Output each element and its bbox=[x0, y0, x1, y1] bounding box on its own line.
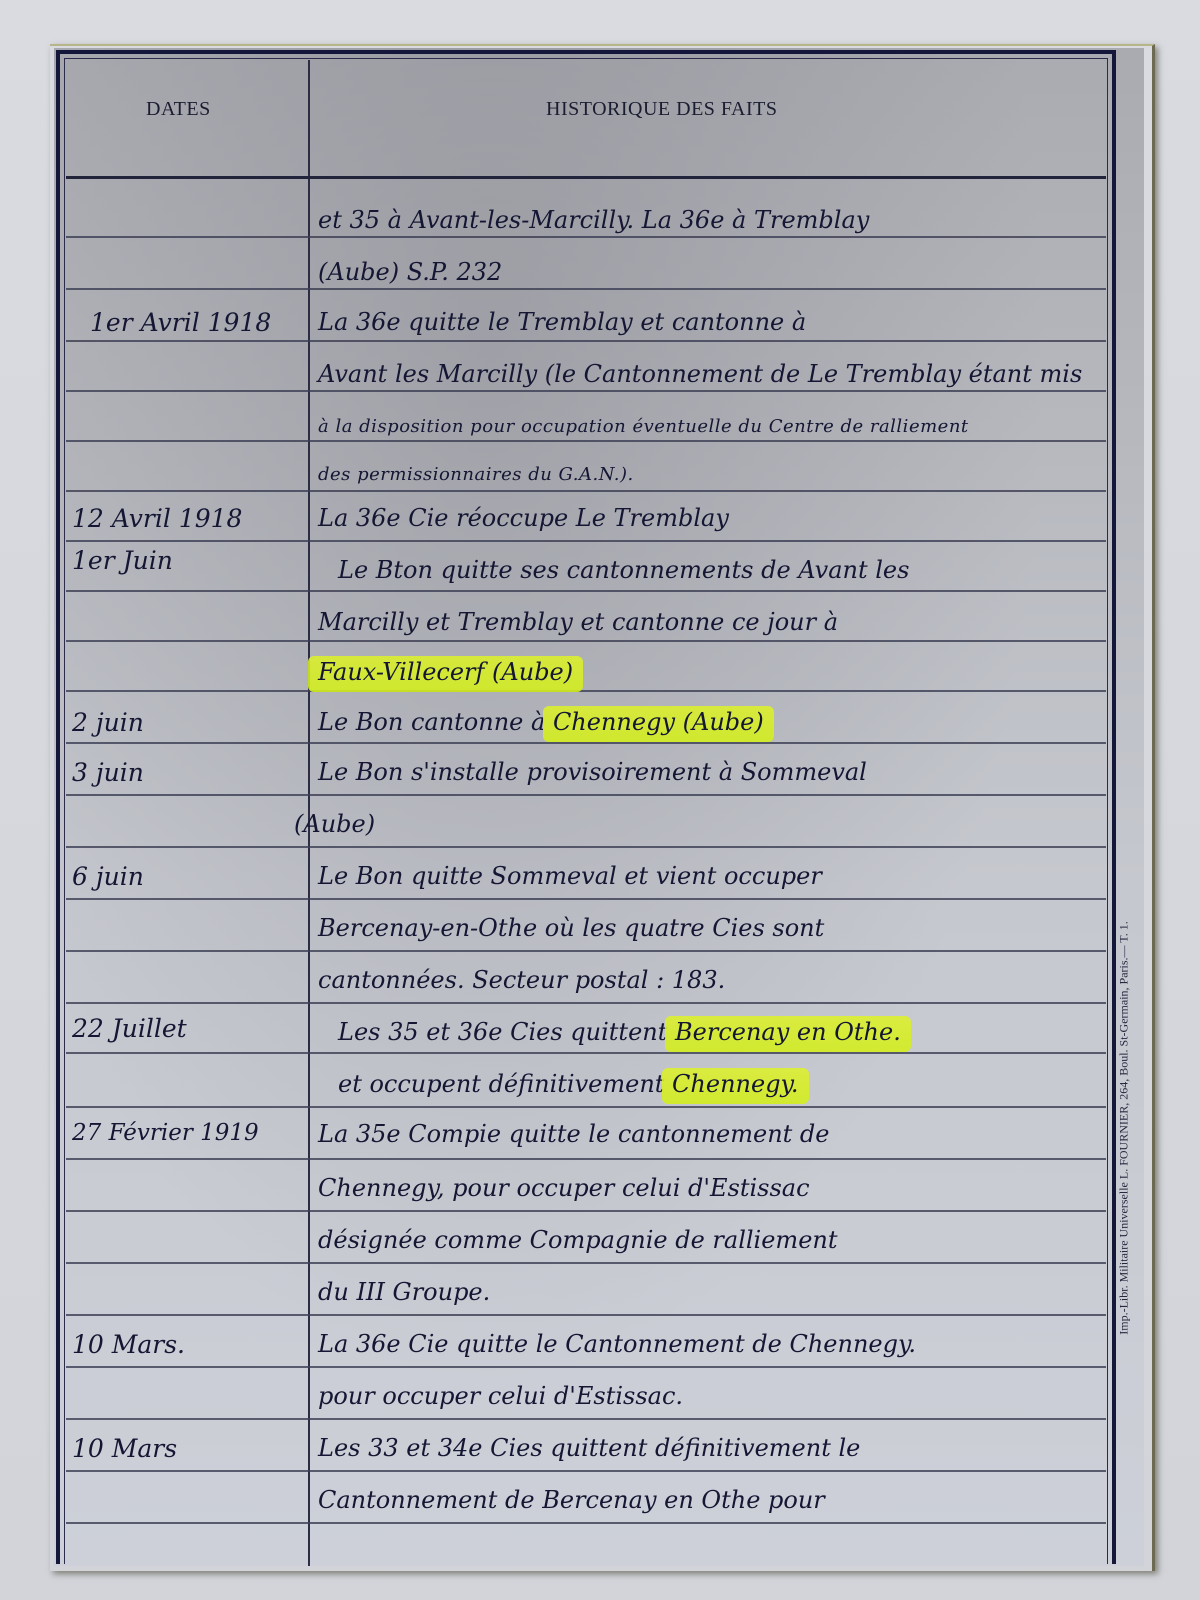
ruled-line bbox=[66, 1418, 1106, 1420]
fact-line: (Aube) bbox=[294, 812, 375, 836]
fact-line: pour occuper celui d'Estissac. bbox=[318, 1384, 683, 1408]
fact-text: Le Bon cantonne à Chennegy (Aube) bbox=[318, 708, 764, 736]
entry-date: 3 juin bbox=[72, 760, 144, 785]
ruled-line bbox=[66, 640, 1106, 642]
fact-line: La 36e Cie quitte le Cantonnement de Che… bbox=[318, 1332, 916, 1356]
ruled-line bbox=[66, 794, 1106, 796]
fact-line: Bercenay-en-Othe où les quatre Cies sont bbox=[318, 916, 824, 940]
fact-line: et occupent définitivement Chennegy. bbox=[338, 1072, 799, 1096]
fact-line: La 36e quitte le Tremblay et cantonne à bbox=[318, 310, 806, 334]
fact-line: cantonnées. Secteur postal : 183. bbox=[318, 968, 725, 992]
column-header-facts: HISTORIQUE DES FAITS bbox=[546, 98, 778, 121]
ruled-line bbox=[66, 540, 1106, 542]
column-header-dates: DATES bbox=[146, 98, 211, 121]
ruled-line bbox=[66, 742, 1106, 744]
entry-date: 10 Mars bbox=[72, 1436, 177, 1461]
ruled-line bbox=[66, 440, 1106, 442]
fact-line: La 35e Compie quitte le cantonnement de bbox=[318, 1122, 830, 1146]
ruled-line bbox=[66, 1366, 1106, 1368]
ruled-line bbox=[66, 1158, 1106, 1160]
entry-date: 22 Juillet bbox=[72, 1016, 187, 1041]
ruled-line bbox=[66, 236, 1106, 238]
fact-line: Les 33 et 34e Cies quittent définitiveme… bbox=[318, 1436, 860, 1460]
ruled-line bbox=[66, 390, 1106, 392]
highlight-marker: Chennegy. bbox=[662, 1068, 809, 1104]
ruled-line bbox=[66, 846, 1106, 848]
printer-imprint: Imp.-Libr. Militaire Universelle L. FOUR… bbox=[1112, 748, 1136, 1508]
ruled-line bbox=[66, 1002, 1106, 1004]
register-page: DATES HISTORIQUE DES FAITS et 35 à Avant… bbox=[54, 48, 1144, 1566]
entry-date: 27 Février 1919 bbox=[72, 1122, 259, 1145]
highlight-marker: Chennegy (Aube) bbox=[543, 706, 774, 742]
ruled-line bbox=[66, 1052, 1106, 1054]
fact-line: La 36e Cie réoccupe Le Tremblay bbox=[318, 506, 729, 530]
fact-line: Avant les Marcilly (le Cantonnement de L… bbox=[318, 362, 1082, 386]
ruled-line bbox=[66, 1262, 1106, 1264]
ruled-line bbox=[66, 288, 1106, 290]
entry-date: 2 juin bbox=[72, 710, 144, 735]
fact-line: Le Bon s'installe provisoirement à Somme… bbox=[318, 760, 867, 784]
fact-line: Marcilly et Tremblay et cantonne ce jour… bbox=[318, 610, 838, 634]
ruled-line bbox=[66, 1106, 1106, 1108]
ruled-line bbox=[66, 1470, 1106, 1472]
ruled-line bbox=[66, 490, 1106, 492]
fact-line: (Aube) S.P. 232 bbox=[318, 260, 502, 284]
printer-imprint-text: Imp.-Libr. Militaire Universelle L. FOUR… bbox=[1117, 921, 1132, 1335]
fact-line: à la disposition pour occupation éventue… bbox=[318, 418, 969, 436]
entry-date: 1er Avril 1918 bbox=[90, 310, 271, 335]
fact-line: des permissionnaires du G.A.N.). bbox=[318, 466, 634, 484]
highlight-marker: Bercenay en Othe. bbox=[665, 1016, 911, 1052]
fact-line: et 35 à Avant-les-Marcilly. La 36e à Tre… bbox=[318, 208, 869, 232]
ruled-line bbox=[66, 690, 1106, 692]
ruled-line bbox=[66, 1210, 1106, 1212]
ruled-line bbox=[66, 1314, 1106, 1316]
fact-line: Le Bon quitte Sommeval et vient occuper bbox=[318, 864, 822, 888]
fact-line: Le Bton quitte ses cantonnements de Avan… bbox=[338, 558, 909, 582]
entry-date: 6 juin bbox=[72, 864, 144, 889]
ruled-line bbox=[66, 340, 1106, 342]
header-rule bbox=[66, 176, 1106, 179]
fact-line: Chennegy, pour occuper celui d'Estissac bbox=[318, 1176, 810, 1200]
highlight-marker: Faux-Villecerf (Aube) bbox=[308, 656, 583, 692]
ruled-line bbox=[66, 898, 1106, 900]
fact-line: du III Groupe. bbox=[318, 1280, 490, 1304]
fact-line-highlighted: Faux-Villecerf (Aube) bbox=[318, 660, 573, 684]
entry-date: 10 Mars. bbox=[72, 1332, 185, 1357]
fact-line: désignée comme Compagnie de ralliement bbox=[318, 1228, 838, 1252]
entry-date: 12 Avril 1918 bbox=[72, 506, 242, 531]
fact-text: Les 35 et 36e Cies quittent Bercenay en … bbox=[338, 1018, 901, 1046]
fact-line: Les 35 et 36e Cies quittent Bercenay en … bbox=[338, 1020, 901, 1044]
fact-text: et occupent définitivement Chennegy. bbox=[338, 1070, 799, 1098]
ruled-line bbox=[66, 1522, 1106, 1524]
ruled-line bbox=[66, 590, 1106, 592]
fact-line: Le Bon cantonne à Chennegy (Aube) bbox=[318, 710, 764, 734]
ruled-line bbox=[66, 950, 1106, 952]
fact-line: Cantonnement de Bercenay en Othe pour bbox=[318, 1488, 825, 1512]
entry-date: 1er Juin bbox=[72, 548, 173, 573]
